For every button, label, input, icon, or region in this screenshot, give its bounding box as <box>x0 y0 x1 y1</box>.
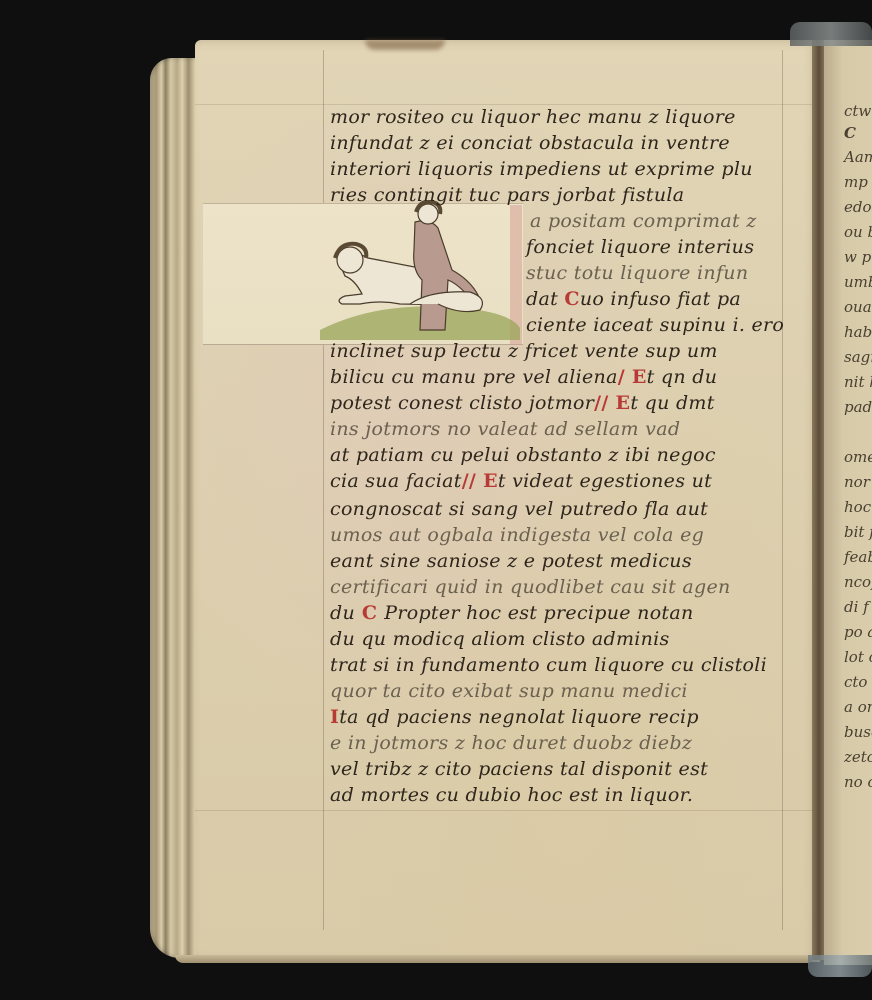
text-line-1: mor rositeo cu liquor hec manu z liquore <box>330 106 736 130</box>
text-line-4: ries contingit tuc pars jorbat fistula <box>330 184 684 208</box>
text-line-12: potest conest clisto jotmor// Et qu dmt <box>330 392 715 416</box>
text-line-18: eant sine saniose z e potest medicus <box>330 550 692 574</box>
facing-line: a om <box>844 698 872 716</box>
facing-line: edo <box>844 198 872 216</box>
binding-top-fragment <box>790 22 872 46</box>
text-line-8-start: dat <box>526 288 564 310</box>
text-line-24: Ita qd paciens negnolat liquore recip <box>330 706 699 730</box>
text-line-8: dat Cuo infuso fiat pa <box>526 288 741 312</box>
facing-line: ouat <box>844 298 872 316</box>
rubric-paragraph-mark: // E <box>594 392 630 414</box>
physician-patient-illustration <box>320 200 520 350</box>
facing-line: habe <box>844 323 872 341</box>
text-line-16: congnoscat si sang vel putredo fla aut <box>330 498 708 522</box>
text-line-7: stuc totu liquore infun <box>526 262 748 286</box>
rubric-capitulum: C <box>355 602 384 624</box>
facing-page-recto-edge: ctw C Aam mp edo ou b w pr umb ouat habe… <box>824 40 872 965</box>
text-line-15-end: t videat egestiones ut <box>498 470 712 492</box>
ruling-top <box>195 104 820 105</box>
facing-line: hoc e <box>844 498 872 516</box>
facing-line: no co <box>844 773 872 791</box>
text-line-3: interiori liquoris impediens ut exprime … <box>330 158 753 182</box>
text-line-17: umos aut ogbala indigesta vel cola eg <box>330 524 704 548</box>
facing-line: umb <box>844 273 872 291</box>
text-line-10: inclinet sup lectu z fricet vente sup um <box>330 340 718 364</box>
text-line-2: infundat z ei conciat obstacula in ventr… <box>330 132 730 156</box>
text-line-5: a positam comprimat z <box>530 210 757 234</box>
text-line-11-start: bilicu cu manu pre vel aliena <box>330 366 618 388</box>
ruling-left-margin <box>323 50 324 930</box>
rubric-initial-i: I <box>330 706 339 728</box>
facing-line: cto i <box>844 673 872 691</box>
facing-line: feab <box>844 548 872 566</box>
facing-line: zeto <box>844 748 872 766</box>
text-line-9: ciente iaceat supinu i. ero <box>526 314 784 338</box>
facing-line: ncof <box>844 573 872 591</box>
text-line-27: ad mortes cu dubio hoc est in liquor. <box>330 784 693 808</box>
facing-line: bit f <box>844 523 872 541</box>
text-line-20-end: Propter hoc est precipue notan <box>384 602 693 624</box>
binding-bottom-fragment <box>808 955 872 977</box>
text-line-21: du qu modicq aliom clisto adminis <box>330 628 670 652</box>
manuscript-opening: mor rositeo cu liquor hec manu z liquore… <box>0 0 872 1000</box>
text-line-8-end: uo infuso fiat pa <box>580 288 741 310</box>
text-line-19: certificari quid in quodlibet cau sit ag… <box>330 576 731 600</box>
facing-line: po a <box>844 623 872 641</box>
text-line-25: e in jotmors z hoc duret duobz diebz <box>330 732 692 756</box>
facing-line: lot o <box>844 648 872 666</box>
text-line-20-start: du <box>330 602 355 624</box>
text-line-12-end: t qu dmt <box>630 392 714 414</box>
facing-line: Aam <box>844 148 872 166</box>
rubric-paragraph-mark: // E <box>462 470 498 492</box>
facing-line: sagn <box>844 348 872 366</box>
text-line-11: bilicu cu manu pre vel aliena/ Et qn du <box>330 366 717 390</box>
rubric-paragraph-mark: / E <box>618 366 647 388</box>
text-line-11-end: t qn du <box>647 366 718 388</box>
facing-line: omes <box>844 448 872 466</box>
facing-line: mp <box>844 173 868 191</box>
ruling-bottom <box>195 810 820 811</box>
rubric-initial-c: C <box>564 288 579 310</box>
text-line-22: trat si in fundamento cum liquore cu cli… <box>330 654 767 678</box>
text-line-15-start: cia sua faciat <box>330 470 462 492</box>
facing-line: padig <box>844 398 872 416</box>
left-page-verso: mor rositeo cu liquor hec manu z liquore… <box>195 40 820 962</box>
text-line-26: vel tribz z cito paciens tal disponit es… <box>330 758 708 782</box>
bottom-page-edge <box>175 955 815 963</box>
facing-line: ou b <box>844 223 872 241</box>
text-line-20: du C Propter hoc est precipue notan <box>330 602 694 626</box>
text-line-6: fonciet liquore interius <box>526 236 754 260</box>
text-line-12-start: potest conest clisto jotmor <box>330 392 594 414</box>
text-line-23: quor ta cito exibat sup manu medici <box>330 680 688 704</box>
facing-line: nor <box>844 473 870 491</box>
text-line-14: at patiam cu pelui obstanto z ibi negoc <box>330 444 716 468</box>
facing-line: nit h <box>844 373 872 391</box>
facing-line: w pr <box>844 248 872 266</box>
text-line-15: cia sua faciat// Et videat egestiones ut <box>330 470 712 494</box>
text-line-24-end: ta qd paciens negnolat liquore recip <box>339 706 699 728</box>
top-edge-stain <box>365 40 445 50</box>
facing-line: di f <box>844 598 869 616</box>
facing-line: ctw <box>844 102 871 120</box>
text-line-13: ins jotmors no valeat ad sellam vad <box>330 418 680 442</box>
facing-line: buse <box>844 723 872 741</box>
ruling-right-margin <box>782 50 783 930</box>
facing-rubric: C <box>844 124 856 142</box>
